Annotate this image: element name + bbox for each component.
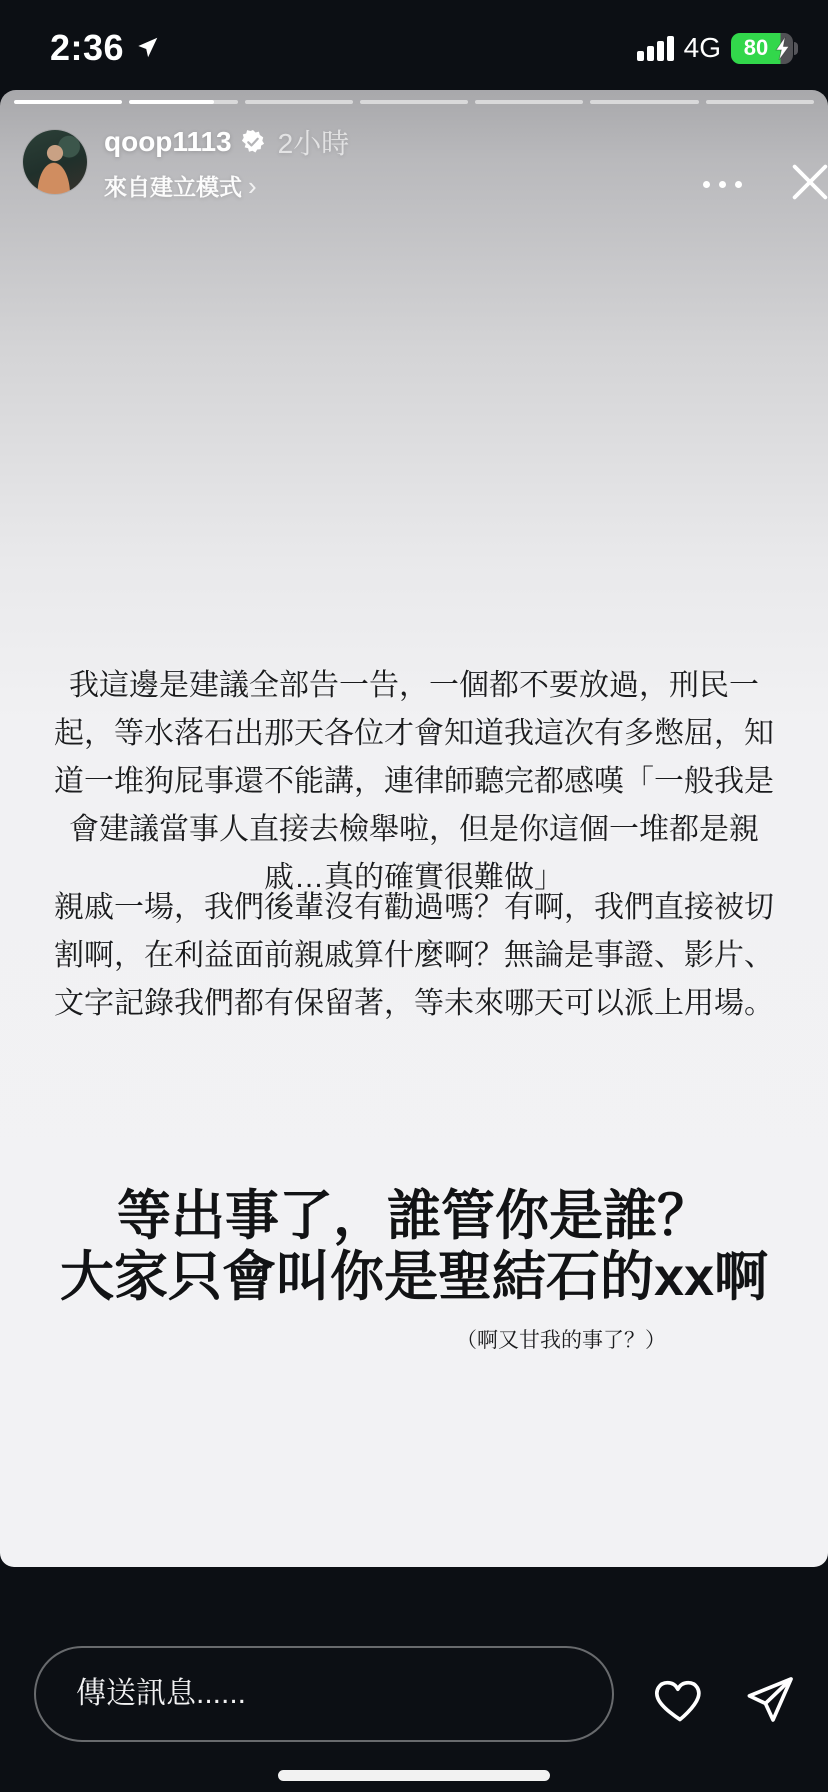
verified-badge-icon <box>241 130 265 154</box>
story-card[interactable]: qoop1113 2小時 來自建立模式 › <box>0 90 828 1567</box>
like-button[interactable] <box>652 1672 708 1728</box>
dot-icon <box>703 181 710 188</box>
progress-segment <box>245 100 353 104</box>
clock-time: 2:36 <box>50 27 124 69</box>
avatar[interactable] <box>23 130 87 194</box>
close-button[interactable] <box>785 157 828 207</box>
share-button[interactable] <box>742 1672 798 1728</box>
battery-icon: 80 <box>731 33 798 64</box>
location-arrow-icon <box>134 35 160 61</box>
story-timestamp: 2小時 <box>278 122 350 162</box>
dot-icon <box>719 181 726 188</box>
username[interactable]: qoop1113 <box>104 126 232 158</box>
status-bar-left: 2:36 <box>50 27 160 69</box>
battery-body: 80 <box>731 33 793 64</box>
heart-icon <box>654 1674 706 1726</box>
story-text-paragraph-1: 我這邊是建議全部告一告，一個都不要放過，刑民一 起，等水落石出那天各位才會知道我… <box>34 662 794 902</box>
status-bar: 2:36 4G 80 <box>0 0 828 90</box>
user-block: qoop1113 2小時 來自建立模式 › <box>104 122 349 202</box>
home-indicator[interactable] <box>278 1770 550 1781</box>
message-input[interactable] <box>34 1646 614 1742</box>
dot-icon <box>735 181 742 188</box>
story-progress <box>14 100 814 104</box>
progress-segment <box>14 100 122 104</box>
story-caption: （啊又甘我的事了？） <box>0 1324 828 1354</box>
progress-segment <box>475 100 583 104</box>
story-text-paragraph-2: 親戚一場，我們後輩沒有勸過嗎？有啊，我們直接被切 割啊，在利益面前親戚算什麼啊？… <box>34 884 794 1028</box>
cellular-signal-icon <box>637 35 674 61</box>
story-source-label: 來自建立模式 <box>104 169 242 202</box>
close-icon <box>787 159 828 205</box>
network-type-label: 4G <box>684 32 721 64</box>
status-bar-right: 4G 80 <box>637 32 798 64</box>
story-headline: 等出事了，誰管你是誰？ 大家只會叫你是聖結石的xx啊 <box>0 1186 828 1308</box>
progress-segment <box>360 100 468 104</box>
story-header: qoop1113 2小時 來自建立模式 › <box>23 128 808 196</box>
battery-percent: 80 <box>731 33 781 64</box>
battery-cap <box>794 42 798 55</box>
progress-segment <box>590 100 698 104</box>
share-icon <box>744 1674 796 1726</box>
chevron-right-icon: › <box>248 175 257 197</box>
story-source-link[interactable]: 來自建立模式 › <box>104 169 349 202</box>
username-row: qoop1113 2小時 <box>104 122 349 162</box>
iphone-screen: 2:36 4G 80 <box>0 0 828 1792</box>
more-options-button[interactable] <box>703 172 742 196</box>
charging-bolt-icon <box>775 37 790 60</box>
progress-segment <box>706 100 814 104</box>
progress-segment <box>129 100 237 104</box>
